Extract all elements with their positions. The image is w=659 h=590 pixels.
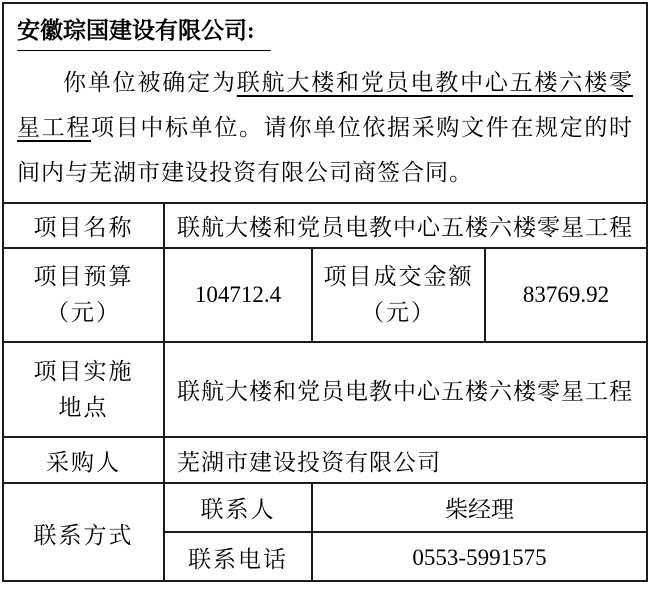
body-lead: 你单位被确定为 bbox=[63, 70, 237, 95]
contact-phone-value: 0553-5991575 bbox=[312, 532, 646, 582]
recipient-line: 安徽琮国建设有限公司: bbox=[17, 15, 633, 51]
contact-person-label: 联系人 bbox=[164, 483, 312, 532]
budget-label-line1: 项目预算 bbox=[8, 259, 159, 295]
purchaser-value: 芜湖市建设投资有限公司 bbox=[164, 437, 646, 483]
location-value: 联航大楼和党员电教中心五楼六楼零星工程 bbox=[164, 342, 646, 437]
letter-section: 安徽琮国建设有限公司: 你单位被确定为联航大楼和党员电教中心五楼六楼零星工程项目… bbox=[4, 4, 646, 204]
contact-phone-label: 联系电话 bbox=[164, 532, 312, 582]
deal-amount-label-line2: （元） bbox=[317, 295, 480, 331]
row-location: 项目实施 地点 联航大楼和党员电教中心五楼六楼零星工程 bbox=[4, 342, 646, 437]
location-label-line1: 项目实施 bbox=[8, 354, 159, 390]
row-contact-person: 联系方式 联系人 柴经理 bbox=[4, 483, 646, 532]
deal-amount-label-line1: 项目成交金额 bbox=[317, 259, 480, 295]
contact-person-value: 柴经理 bbox=[312, 483, 646, 532]
recipient-name: 安徽琮国建设有限公司: bbox=[17, 15, 271, 51]
notification-document: 安徽琮国建设有限公司: 你单位被确定为联航大楼和党员电教中心五楼六楼零星工程项目… bbox=[2, 2, 648, 582]
body-rest: 项目中标单位。请你单位依据采购文件在规定的时间内与芜湖市建设投资有限公司商签合同… bbox=[17, 115, 633, 185]
row-purchaser: 采购人 芜湖市建设投资有限公司 bbox=[4, 437, 646, 483]
location-label: 项目实施 地点 bbox=[4, 342, 164, 437]
project-info-table: 项目名称 联航大楼和党员电教中心五楼六楼零星工程 项目预算 （元） 104712… bbox=[4, 204, 646, 582]
project-name-value: 联航大楼和党员电教中心五楼六楼零星工程 bbox=[164, 204, 646, 248]
letter-body: 你单位被确定为联航大楼和党员电教中心五楼六楼零星工程项目中标单位。请你单位依据采… bbox=[17, 60, 633, 195]
project-name-label: 项目名称 bbox=[4, 204, 164, 248]
budget-label: 项目预算 （元） bbox=[4, 248, 164, 342]
deal-amount-value: 83769.92 bbox=[485, 248, 646, 342]
deal-amount-label: 项目成交金额 （元） bbox=[312, 248, 485, 342]
budget-value: 104712.4 bbox=[164, 248, 312, 342]
contact-label: 联系方式 bbox=[4, 483, 164, 582]
row-project-name: 项目名称 联航大楼和党员电教中心五楼六楼零星工程 bbox=[4, 204, 646, 248]
location-label-line2: 地点 bbox=[8, 390, 159, 426]
row-budget-amount: 项目预算 （元） 104712.4 项目成交金额 （元） 83769.92 bbox=[4, 248, 646, 342]
purchaser-label: 采购人 bbox=[4, 437, 164, 483]
budget-label-line2: （元） bbox=[8, 295, 159, 331]
